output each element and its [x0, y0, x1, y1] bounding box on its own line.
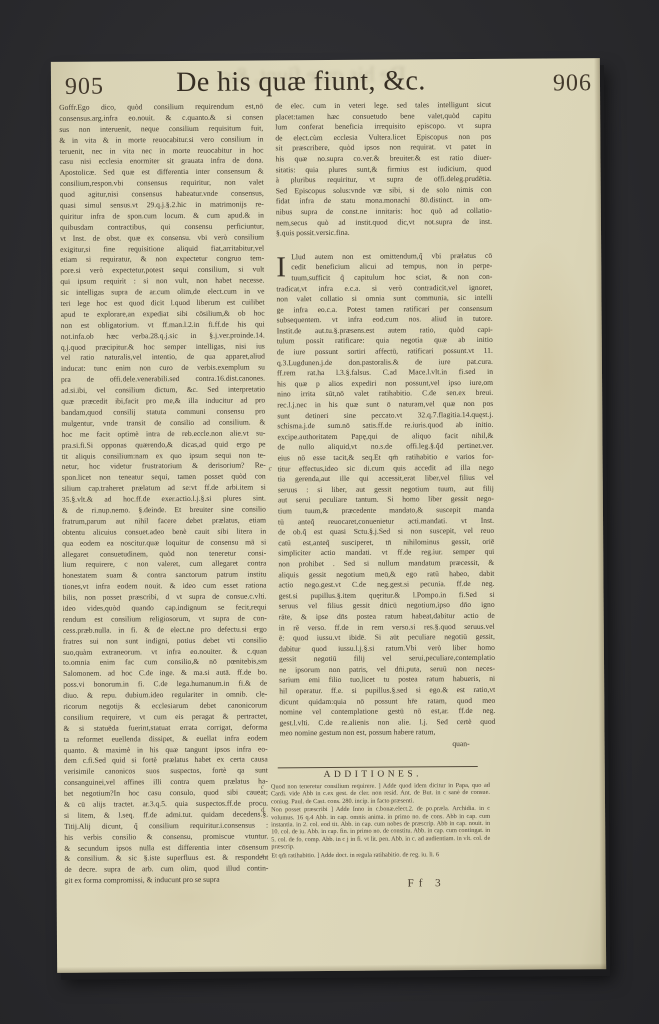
- additiones-entry: eEt qm̄ ratihabitio. ] Adde doct. in reg…: [260, 851, 490, 860]
- text-line: nem,secus quò ad instit.quod dic,vt not.…: [276, 216, 492, 228]
- paragraph-2-lines: Llud autem non est omittendum,q̃ vbi præ…: [276, 251, 495, 740]
- additiones-block: ADDITIONES. cQuod non teneretur consiliu…: [260, 766, 491, 861]
- text-column-left: Goffr.Ego dico, quòd consilium requirend…: [59, 101, 268, 887]
- text-line: not.infa.ob hæc verba.28.q.j.sic in §.j.…: [61, 330, 265, 342]
- additiones-rule: [278, 766, 478, 768]
- additiones-entry: dNon posset præscribi ] Adde Inno in c.b…: [260, 805, 490, 851]
- paragraph-1: de elec. cum in veteri lege. sed tales i…: [275, 100, 492, 239]
- additiones-entry-label: e: [261, 852, 264, 859]
- folio-number-right: 906: [553, 70, 592, 97]
- text-line: de decre. supra de arb. cum olim, quod i…: [64, 864, 268, 876]
- additiones-entry-label: d: [261, 807, 264, 814]
- text-line: fratres sui non sunt indigni, potius deb…: [63, 635, 267, 647]
- catchword: quan-: [280, 738, 496, 751]
- additiones-entries: cQuod non teneretur consilium requirere.…: [260, 782, 491, 860]
- gutter-reference-letter: c: [269, 464, 272, 472]
- text-line: hoc me facit optimè intra de reb.eccle.n…: [61, 428, 265, 440]
- text-line: qua eodem ea noscitur.quæ loquitur de co…: [62, 537, 266, 549]
- text-line: pra.si.fi.Si opponas quærendo,& dicas,ad…: [61, 439, 265, 451]
- text-line: ta reformet euellenda dissipet, & euella…: [64, 733, 268, 745]
- text-line: git ex forma compromissi, & inducunt pro…: [65, 875, 269, 887]
- running-title: De his quæ fiunt, &c.: [151, 65, 451, 99]
- text-line: meo nomine gestum non est, possum habere…: [279, 727, 495, 739]
- text-line: vt Inst. de obst. quæ ex consensu. vbi v…: [60, 232, 264, 244]
- additiones-entry: cQuod non teneretur consilium requirere.…: [260, 782, 490, 806]
- text-line: his verbis consilio & consensu, promiscu…: [64, 831, 268, 843]
- text-line: tuum,sufficit q̃ capitulum hoc sciat, & …: [276, 272, 492, 284]
- drop-cap-initial: I: [276, 253, 286, 282]
- paragraph-2: I Llud autem non est omittendum,q̃ vbi p…: [276, 251, 495, 740]
- text-line: gest.l.vlti. C.de re.alienis non alie. l…: [279, 717, 495, 729]
- text-column-right: de elec. cum in veteri lege. sed tales i…: [275, 100, 496, 751]
- text-line: rāte, & ipse dn̄s postea ratum habeat,da…: [279, 611, 495, 623]
- foxing-stain: [501, 238, 593, 499]
- text-line: obtentu alicuius consuet.adeo benè cauit…: [62, 526, 266, 538]
- additiones-entry-label: c: [261, 783, 264, 790]
- text-line: & in vita & in morte reuocabitur.si vero…: [59, 134, 263, 146]
- folio-number-left: 905: [65, 74, 104, 101]
- text-line: §.quis possit.versic.fina.: [276, 227, 492, 239]
- signature-mark: Ff 3: [357, 877, 497, 890]
- additiones-heading: ADDITIONES.: [270, 769, 476, 780]
- scan-background: { "page": { "left_folio": "905", "title"…: [0, 0, 659, 1024]
- book-page: De his quæ fiunt, &c. 905 De his quæ fiu…: [51, 58, 606, 973]
